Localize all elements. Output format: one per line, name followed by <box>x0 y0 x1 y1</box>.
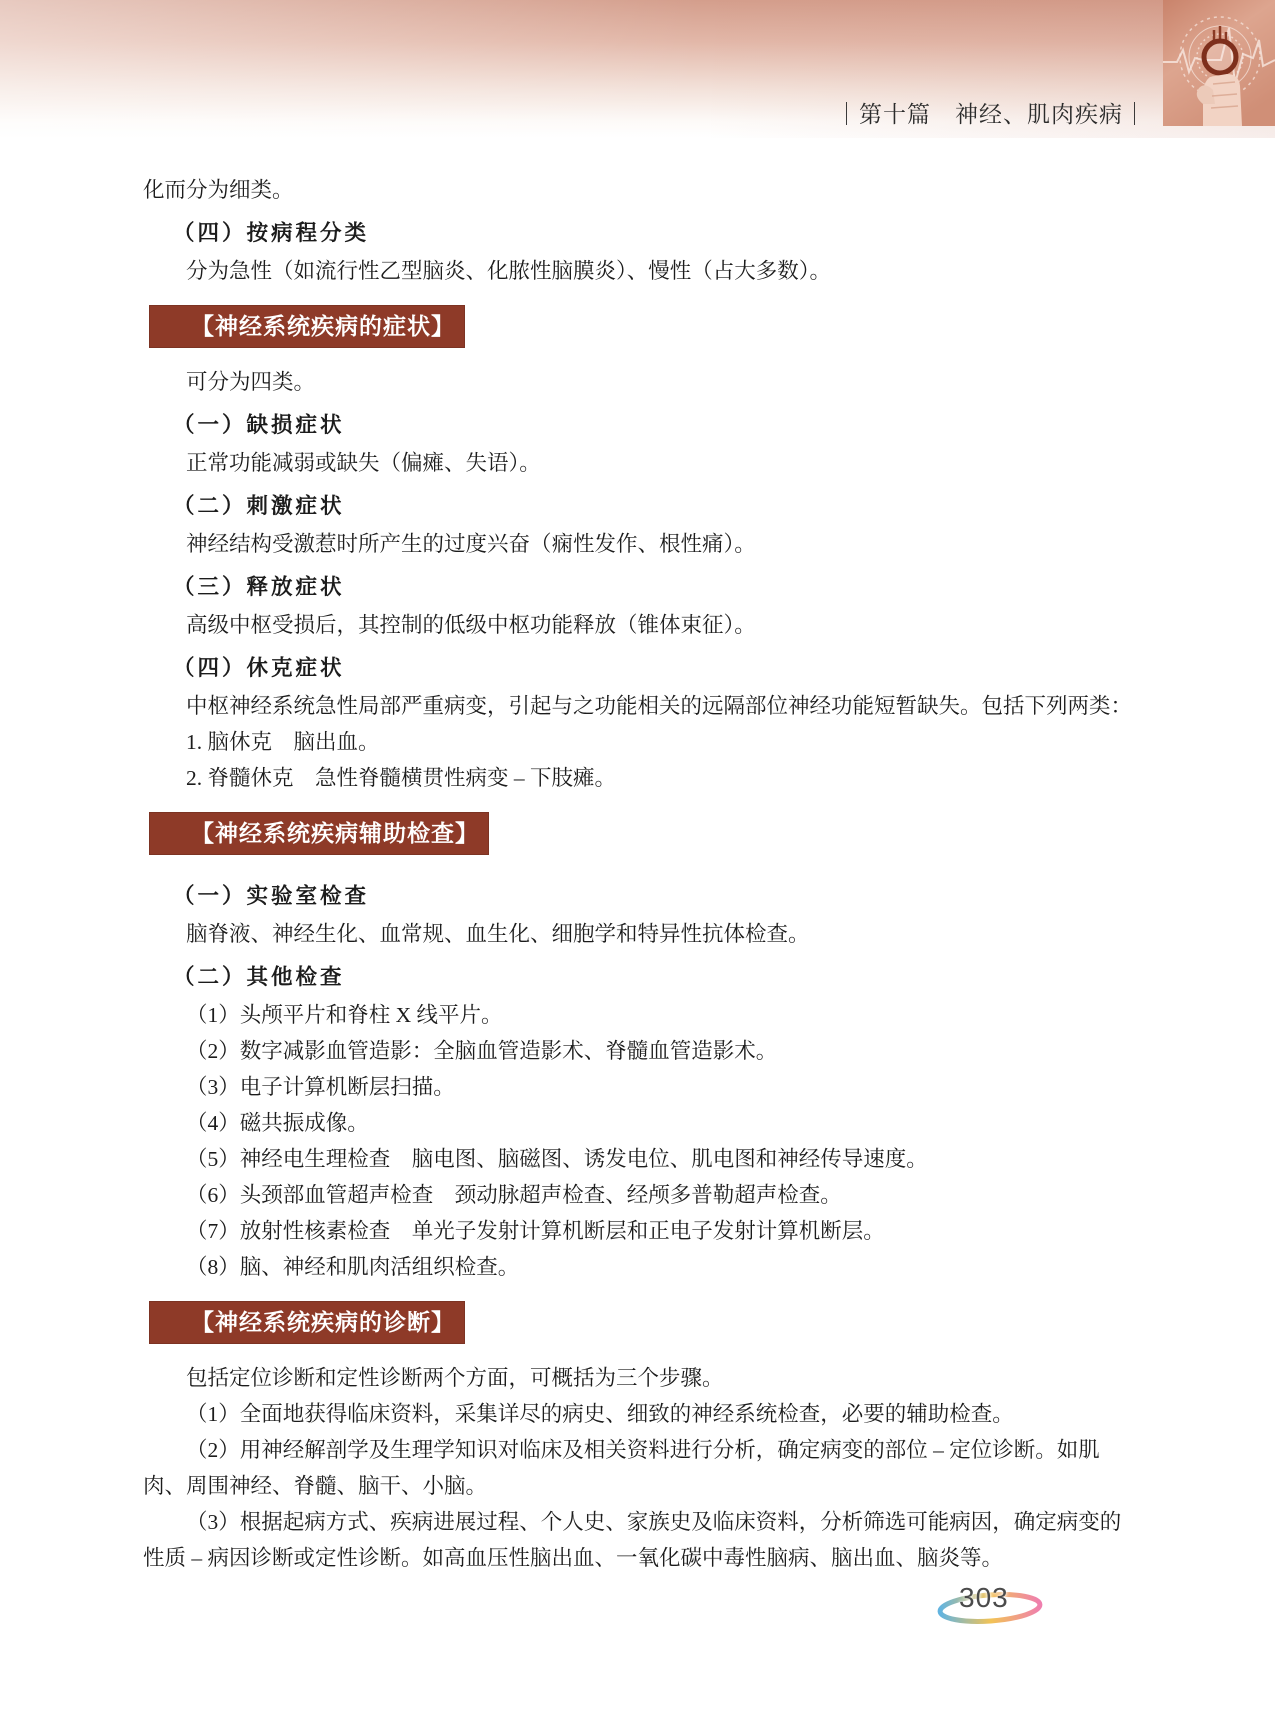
subsection-heading: （一）缺损症状 <box>143 407 1137 443</box>
list-item: （2）用神经解剖学及生理学知识对临床及相关资料进行分析，确定病变的部位 – 定位… <box>143 1432 1137 1504</box>
subsection-heading: （一）实验室检查 <box>143 878 1137 914</box>
subsection-heading: （二）刺激症状 <box>143 488 1137 524</box>
section-heading-auxiliary-exams: 【神经系统疾病辅助检查】 <box>149 812 489 855</box>
list-item: （2）数字减影血管造影：全脑血管造影术、脊髓血管造影术。 <box>143 1033 1137 1069</box>
subsection-heading: （二）其他检查 <box>143 959 1137 995</box>
section-heading-diagnosis: 【神经系统疾病的诊断】 <box>149 1301 465 1344</box>
textbook-page: { "header": { "breadcrumb": "｜第十篇 神经、肌肉疾… <box>0 0 1275 1718</box>
body-paragraph: 包括定位诊断和定性诊断两个方面，可概括为三个步骤。 <box>143 1360 1137 1396</box>
list-item: （3）电子计算机断层扫描。 <box>143 1069 1137 1105</box>
page-number: 303 <box>959 1582 1009 1614</box>
list-item: （3）根据起病方式、疾病进展过程、个人史、家族史及临床资料，分析筛选可能病因，确… <box>143 1504 1137 1576</box>
numbered-item: 2. 脊髓休克 急性脊髓横贯性病变 – 下肢瘫。 <box>143 760 1137 796</box>
subsection-heading: （四）按病程分类 <box>143 215 1137 251</box>
stethoscope-hand-photo <box>1163 0 1275 126</box>
body-paragraph: 神经结构受激惹时所产生的过度兴奋（痫性发作、根性痛）。 <box>143 526 1137 562</box>
page-body: 化而分为细类。 （四）按病程分类 分为急性（如流行性乙型脑炎、化脓性脑膜炎）、慢… <box>143 172 1137 1576</box>
page-footer: 303 <box>935 1582 1045 1630</box>
list-item: （7）放射性核素检查 单光子发射计算机断层和正电子发射计算机断层。 <box>143 1213 1137 1249</box>
subsection-heading: （三）释放症状 <box>143 569 1137 605</box>
subsection-heading: （四）休克症状 <box>143 650 1137 686</box>
list-item: （1）头颅平片和脊柱 X 线平片。 <box>143 997 1137 1033</box>
body-paragraph: 高级中枢受损后，其控制的低级中枢功能释放（锥体束征）。 <box>143 607 1137 643</box>
list-item: （5）神经电生理检查 脑电图、脑磁图、诱发电位、肌电图和神经传导速度。 <box>143 1141 1137 1177</box>
list-item: （8）脑、神经和肌肉活组织检查。 <box>143 1249 1137 1285</box>
stethoscope-chestpiece-icon <box>1204 41 1236 73</box>
body-paragraph: 正常功能减弱或缺失（偏瘫、失语）。 <box>143 445 1137 481</box>
list-item: （1）全面地获得临床资料，采集详尽的病史、细致的神经系统检查，必要的辅助检查。 <box>143 1396 1137 1432</box>
list-item: （6）头颈部血管超声检查 颈动脉超声检查、经颅多普勒超声检查。 <box>143 1177 1137 1213</box>
numbered-item: 1. 脑休克 脑出血。 <box>143 724 1137 760</box>
body-paragraph: 化而分为细类。 <box>143 172 1137 208</box>
body-paragraph: 脑脊液、神经生化、血常规、血生化、细胞学和特异性抗体检查。 <box>143 916 1137 952</box>
body-paragraph: 中枢神经系统急性局部严重病变，引起与之功能相关的远隔部位神经功能短暂缺失。包括下… <box>143 688 1137 724</box>
chapter-breadcrumb: ｜第十篇 神经、肌肉疾病｜ <box>835 96 1147 129</box>
body-paragraph: 分为急性（如流行性乙型脑炎、化脓性脑膜炎）、慢性（占大多数）。 <box>143 253 1137 289</box>
body-paragraph: 可分为四类。 <box>143 364 1137 400</box>
section-heading-symptoms: 【神经系统疾病的症状】 <box>149 305 465 348</box>
list-item: （4）磁共振成像。 <box>143 1105 1137 1141</box>
